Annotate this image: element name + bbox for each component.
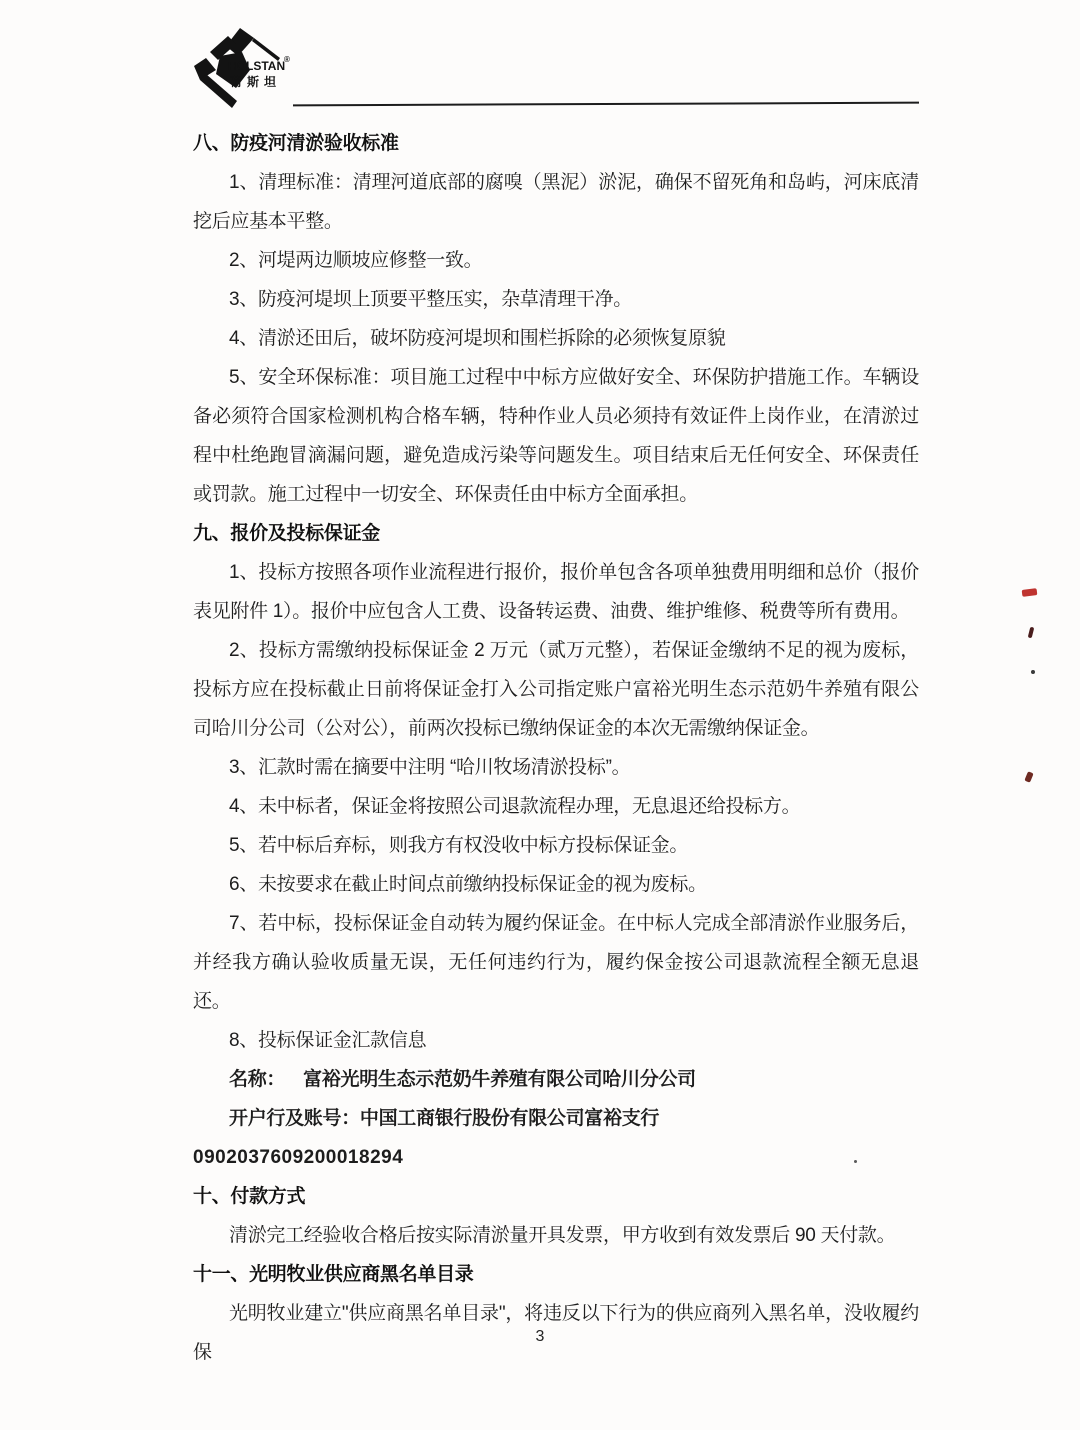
ink-mark-dark-1 — [1028, 627, 1035, 639]
holstan-logo: HOLSTAN ® 荷斯坦 — [188, 26, 308, 118]
section9-item-8: 8、投标保证金汇款信息 — [193, 1021, 919, 1060]
logo-brand-en: HOLSTAN — [228, 59, 285, 73]
section8-item-4: 4、清淤还田后，破坏防疫河堤坝和围栏拆除的必须恢复原貌 — [193, 319, 919, 358]
section9-heading: 九、报价及投标保证金 — [193, 514, 919, 553]
remittance-name-label: 名称： — [229, 1069, 285, 1090]
remittance-account-number: 0902037609200018294 — [193, 1138, 919, 1177]
ink-mark-red-dash — [1022, 588, 1038, 597]
section9-item-3: 3、汇款时需在摘要中注明 “哈川牧场清淤投标”。 — [193, 748, 919, 787]
section11-heading: 十一、光明牧业供应商黑名单目录 — [193, 1255, 919, 1294]
section8-heading: 八、防疫河清淤验收标准 — [193, 124, 919, 163]
section9-item-1: 1、投标方按照各项作业流程进行报价，报价单包含各项单独费用明细和总价（报价表见附… — [193, 553, 919, 631]
section10-body: 清淤完工经验收合格后按实际清淤量开具发票，甲方收到有效发票后 90 天付款。 — [193, 1216, 919, 1255]
header-rule — [293, 102, 919, 107]
page-number: 3 — [0, 1328, 1080, 1346]
ink-mark-dot-1 — [1031, 670, 1035, 674]
section9-item-5: 5、若中标后弃标，则我方有权没收中标方投标保证金。 — [193, 826, 919, 865]
section8-item-1: 1、清理标准：清理河道底部的腐嗅（黑泥）淤泥，确保不留死角和岛屿，河床底清挖后应… — [193, 163, 919, 241]
cow-head-logo-graphic: HOLSTAN ® 荷斯坦 — [188, 26, 308, 118]
section9-item-2: 2、投标方需缴纳投标保证金 2 万元（贰万元整），若保证金缴纳不足的视为废标，投… — [193, 631, 919, 748]
section9-item-6: 6、未按要求在截止时间点前缴纳投标保证金的视为废标。 — [193, 865, 919, 904]
logo-reg-mark: ® — [284, 55, 290, 64]
section8-item-3: 3、防疫河堤坝上顶要平整压实，杂草清理干净。 — [193, 280, 919, 319]
section8-item-2: 2、河堤两边顺坡应修整一致。 — [193, 241, 919, 280]
document-body: 八、防疫河清淤验收标准 1、清理标准：清理河道底部的腐嗅（黑泥）淤泥，确保不留死… — [193, 124, 919, 1372]
section10-heading: 十、付款方式 — [193, 1177, 919, 1216]
document-page: HOLSTAN ® 荷斯坦 八、防疫河清淤验收标准 1、清理标准：清理河道底部的… — [0, 0, 1080, 1430]
remittance-bank-value: 中国工商银行股份有限公司富裕支行 — [360, 1108, 659, 1129]
ink-mark-dot-2 — [854, 1160, 857, 1163]
logo-brand-cn: 荷斯坦 — [230, 74, 281, 89]
ink-mark-dark-2 — [1024, 771, 1033, 783]
remittance-name-value: 富裕光明生态示范奶牛养殖有限公司哈川分公司 — [303, 1069, 696, 1090]
section9-item-7: 7、若中标，投标保证金自动转为履约保证金。在中标人完成全部清淤作业服务后，并经我… — [193, 904, 919, 1021]
section8-item-5: 5、安全环保标准：项目施工过程中中标方应做好安全、环保防护措施工作。车辆设备必须… — [193, 358, 919, 514]
remittance-bank-label: 开户行及账号： — [229, 1108, 360, 1129]
section9-item-4: 4、未中标者，保证金将按照公司退款流程办理，无息退还给投标方。 — [193, 787, 919, 826]
remittance-name-line: 名称：富裕光明生态示范奶牛养殖有限公司哈川分公司 — [193, 1060, 919, 1099]
remittance-bank-line: 开户行及账号：中国工商银行股份有限公司富裕支行 — [193, 1099, 919, 1138]
